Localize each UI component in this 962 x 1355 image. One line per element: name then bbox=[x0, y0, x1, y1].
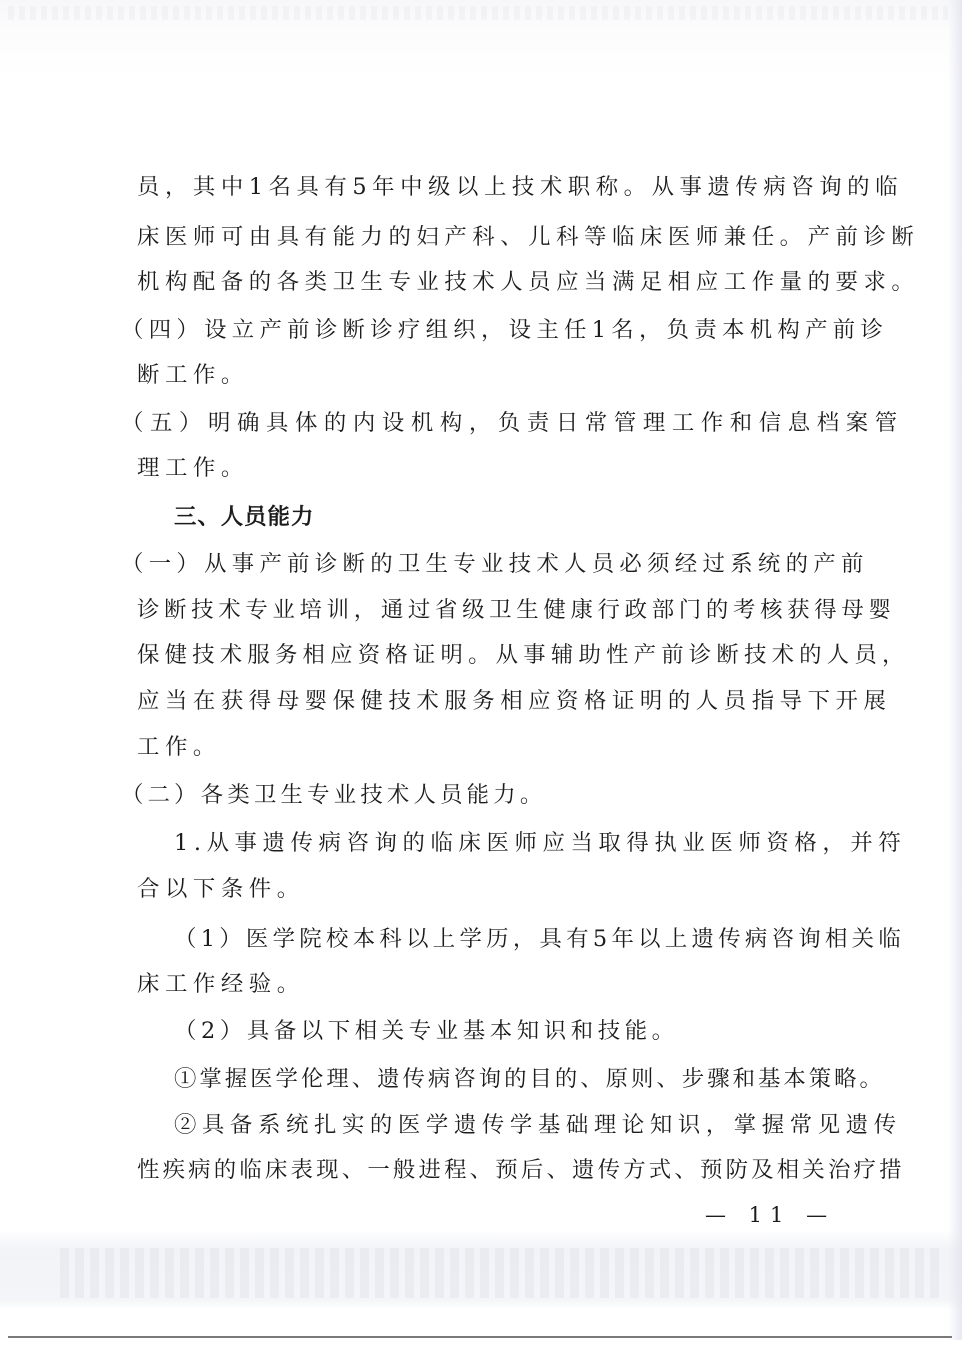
body-line: 诊断技术专业培训，通过省级卫生健康行政部门的考核获得母婴 bbox=[137, 595, 837, 625]
paragraph-five-line: （五）明确具体的内设机构，负责日常管理工作和信息档案管 bbox=[121, 408, 837, 438]
scanned-page: 员，其中1名具有5年中级以上技术职称。从事遗传病咨询的临 床医师可由具有能力的妇… bbox=[0, 0, 962, 1355]
body-line: 合以下条件。 bbox=[137, 874, 837, 904]
bleed-through-artifact-top bbox=[8, 6, 948, 20]
section-heading: 三、人员能力 bbox=[174, 502, 874, 532]
paragraph-one-line: （一）从事产前诊断的卫生专业技术人员必须经过系统的产前 bbox=[121, 549, 837, 579]
paragraph-two-line: （二）各类卫生专业技术人员能力。 bbox=[121, 780, 837, 810]
body-line: 员，其中1名具有5年中级以上技术职称。从事遗传病咨询的临 bbox=[137, 172, 837, 202]
page-edge-shadow bbox=[948, 0, 962, 1340]
body-line: 理工作。 bbox=[137, 453, 837, 483]
page-number: — 11 — bbox=[705, 1200, 835, 1230]
body-line: 工作。 bbox=[137, 732, 837, 762]
body-line: 保健技术服务相应资格证明。从事辅助性产前诊断技术的人员， bbox=[137, 640, 837, 670]
subitem-one-line: （1）医学院校本科以上学历，具有5年以上遗传病咨询相关临 bbox=[174, 924, 837, 954]
body-line: 床工作经验。 bbox=[137, 969, 837, 999]
paragraph-four-line: （四）设立产前诊断诊疗组织，设主任1名，负责本机构产前诊 bbox=[121, 315, 837, 345]
bleed-through-artifact-bottom bbox=[60, 1248, 940, 1298]
subitem-two-line: （2）具备以下相关专业基本知识和技能。 bbox=[174, 1016, 837, 1046]
item-one-line: 1.从事遗传病咨询的临床医师应当取得执业医师资格，并符 bbox=[174, 828, 837, 858]
body-line: 性疾病的临床表现、一般进程、预后、遗传方式、预防及相关治疗措 bbox=[137, 1155, 837, 1185]
bullet-one-line: ①掌握医学伦理、遗传病咨询的目的、原则、步骤和基本策略。 bbox=[174, 1064, 837, 1094]
page-bottom-edge-line bbox=[8, 1336, 952, 1338]
body-line: 应当在获得母婴保健技术服务相应资格证明的人员指导下开展 bbox=[137, 686, 837, 716]
bullet-two-line: ②具备系统扎实的医学遗传学基础理论知识，掌握常见遗传 bbox=[174, 1110, 837, 1140]
body-line: 机构配备的各类卫生专业技术人员应当满足相应工作量的要求。 bbox=[137, 267, 837, 297]
body-line: 断工作。 bbox=[137, 360, 837, 390]
body-line: 床医师可由具有能力的妇产科、儿科等临床医师兼任。产前诊断 bbox=[137, 222, 837, 252]
